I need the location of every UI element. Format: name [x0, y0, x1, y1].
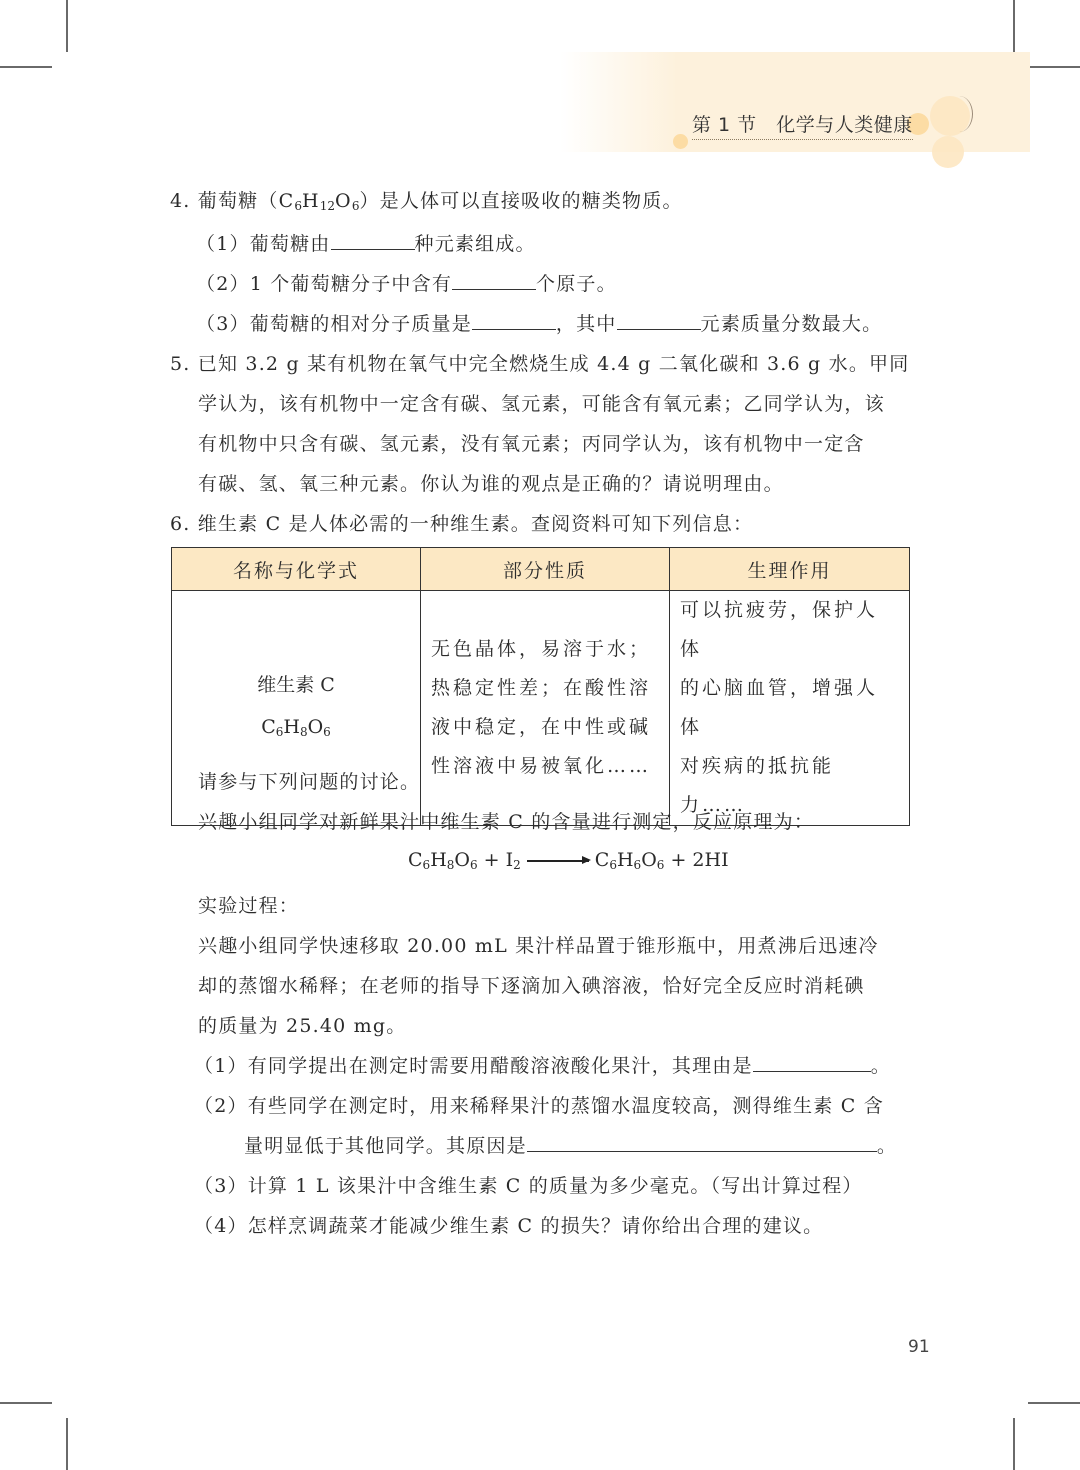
decorative-arc	[946, 96, 973, 132]
answer-blank[interactable]	[753, 1052, 871, 1072]
answer-blank[interactable]	[331, 230, 415, 250]
crop-mark-top-right-horizontal	[1028, 66, 1080, 68]
q5-line: 5. 已知 3.2 g 某有机物在氧气中完全燃烧生成 4.4 g 二氧化碳和 3…	[170, 349, 909, 376]
crop-mark-top-left-horizontal	[0, 66, 52, 68]
crop-mark-top-left-vertical	[66, 0, 68, 52]
crop-mark-top-right-vertical	[1013, 0, 1015, 52]
section-title: 第 1 节 化学与人类健康	[692, 110, 913, 140]
q6-stem: 6. 维生素 C 是人体必需的一种维生素。查阅资料可知下列信息：	[170, 509, 753, 536]
decorative-dot-left	[673, 134, 688, 149]
answer-blank[interactable]	[452, 270, 536, 290]
sub-question-2: （2）有些同学在测定时，用来稀释果汁的蒸馏水温度较高，测得维生素 C 含	[194, 1091, 884, 1118]
page-number: 91	[908, 1337, 930, 1357]
decorative-bubble-lower	[932, 136, 964, 168]
table-header-name: 名称与化学式	[172, 548, 421, 591]
answer-blank[interactable]	[472, 310, 556, 330]
q5-line: 有碳、氢、氧三种元素。你认为谁的观点是正确的？请说明理由。	[198, 469, 784, 496]
q5-line: 有机物中只含有碳、氢元素，没有氧元素；丙同学认为，该有机物中一定含	[198, 429, 865, 456]
sub-question-4: （4）怎样烹调蔬菜才能减少维生素 C 的损失？请你给出合理的建议。	[194, 1211, 823, 1238]
sub-question-2-cont: 量明显低于其他同学。其原因是。	[244, 1131, 897, 1158]
crop-mark-bottom-left-horizontal	[0, 1402, 52, 1404]
q4-part3: （3）葡萄糖的相对分子质量是，其中元素质量分数最大。	[196, 309, 882, 336]
procedure-label: 实验过程：	[198, 891, 299, 918]
reactant-iodine: I2	[506, 849, 521, 871]
procedure-line: 兴趣小组同学快速移取 20.00 mL 果汁样品置于锥形瓶中，用煮沸后迅速冷	[198, 931, 879, 958]
cell-functions: 可以抗疲劳，保护人体 的心脑血管，增强人体 对疾病的抵抗能力……	[670, 591, 910, 826]
reaction-arrow-icon	[527, 860, 589, 862]
cell-properties: 无色晶体，易溶于水； 热稳定性差；在酸性溶 液中稳定，在中性或碱 性溶液中易被氧…	[421, 591, 670, 826]
reaction-intro: 兴趣小组同学对新鲜果汁中维生素 C 的含量进行测定，反应原理为：	[198, 807, 814, 834]
q4-stem: 4. 葡萄糖（C6H12O6）是人体可以直接吸收的糖类物质。	[170, 186, 683, 213]
crop-mark-bottom-right-horizontal	[1028, 1402, 1080, 1404]
product-hi: 2HI	[692, 849, 728, 871]
q4-part2: （2）1 个葡萄糖分子中含有个原子。	[196, 269, 617, 296]
crop-mark-bottom-left-vertical	[66, 1418, 68, 1470]
sub-question-3: （3）计算 1 L 该果汁中含维生素 C 的质量为多少毫克。（写出计算过程）	[194, 1171, 863, 1198]
answer-blank[interactable]	[617, 310, 701, 330]
vitamin-c-formula: C6H8O6	[173, 706, 419, 753]
table-header-properties: 部分性质	[421, 548, 670, 591]
table-header-function: 生理作用	[670, 548, 910, 591]
reaction-equation: C6H8O6 + I2C6H6O6 + 2HI	[408, 849, 729, 872]
q5-line: 学认为，该有机物中一定含有碳、氢元素，可能含有氧元素；乙同学认为，该	[198, 389, 885, 416]
q4-part1: （1）葡萄糖由种元素组成。	[196, 229, 536, 256]
answer-blank[interactable]	[527, 1132, 877, 1152]
discussion-intro: 请参与下列问题的讨论。	[198, 767, 420, 794]
product-dehydroascorbic: C6H6O6	[595, 849, 665, 871]
glucose-formula: C6H12O6	[279, 190, 360, 212]
procedure-line: 却的蒸馏水稀释；在老师的指导下逐滴加入碘溶液，恰好完全反应时消耗碘	[198, 971, 865, 998]
procedure-line: 的质量为 25.40 mg。	[198, 1011, 406, 1038]
crop-mark-bottom-right-vertical	[1013, 1418, 1015, 1470]
sub-question-1: （1）有同学提出在测定时需要用醋酸溶液酸化果汁，其理由是。	[194, 1051, 891, 1078]
reactant-vitamin-c: C6H8O6	[408, 849, 478, 871]
